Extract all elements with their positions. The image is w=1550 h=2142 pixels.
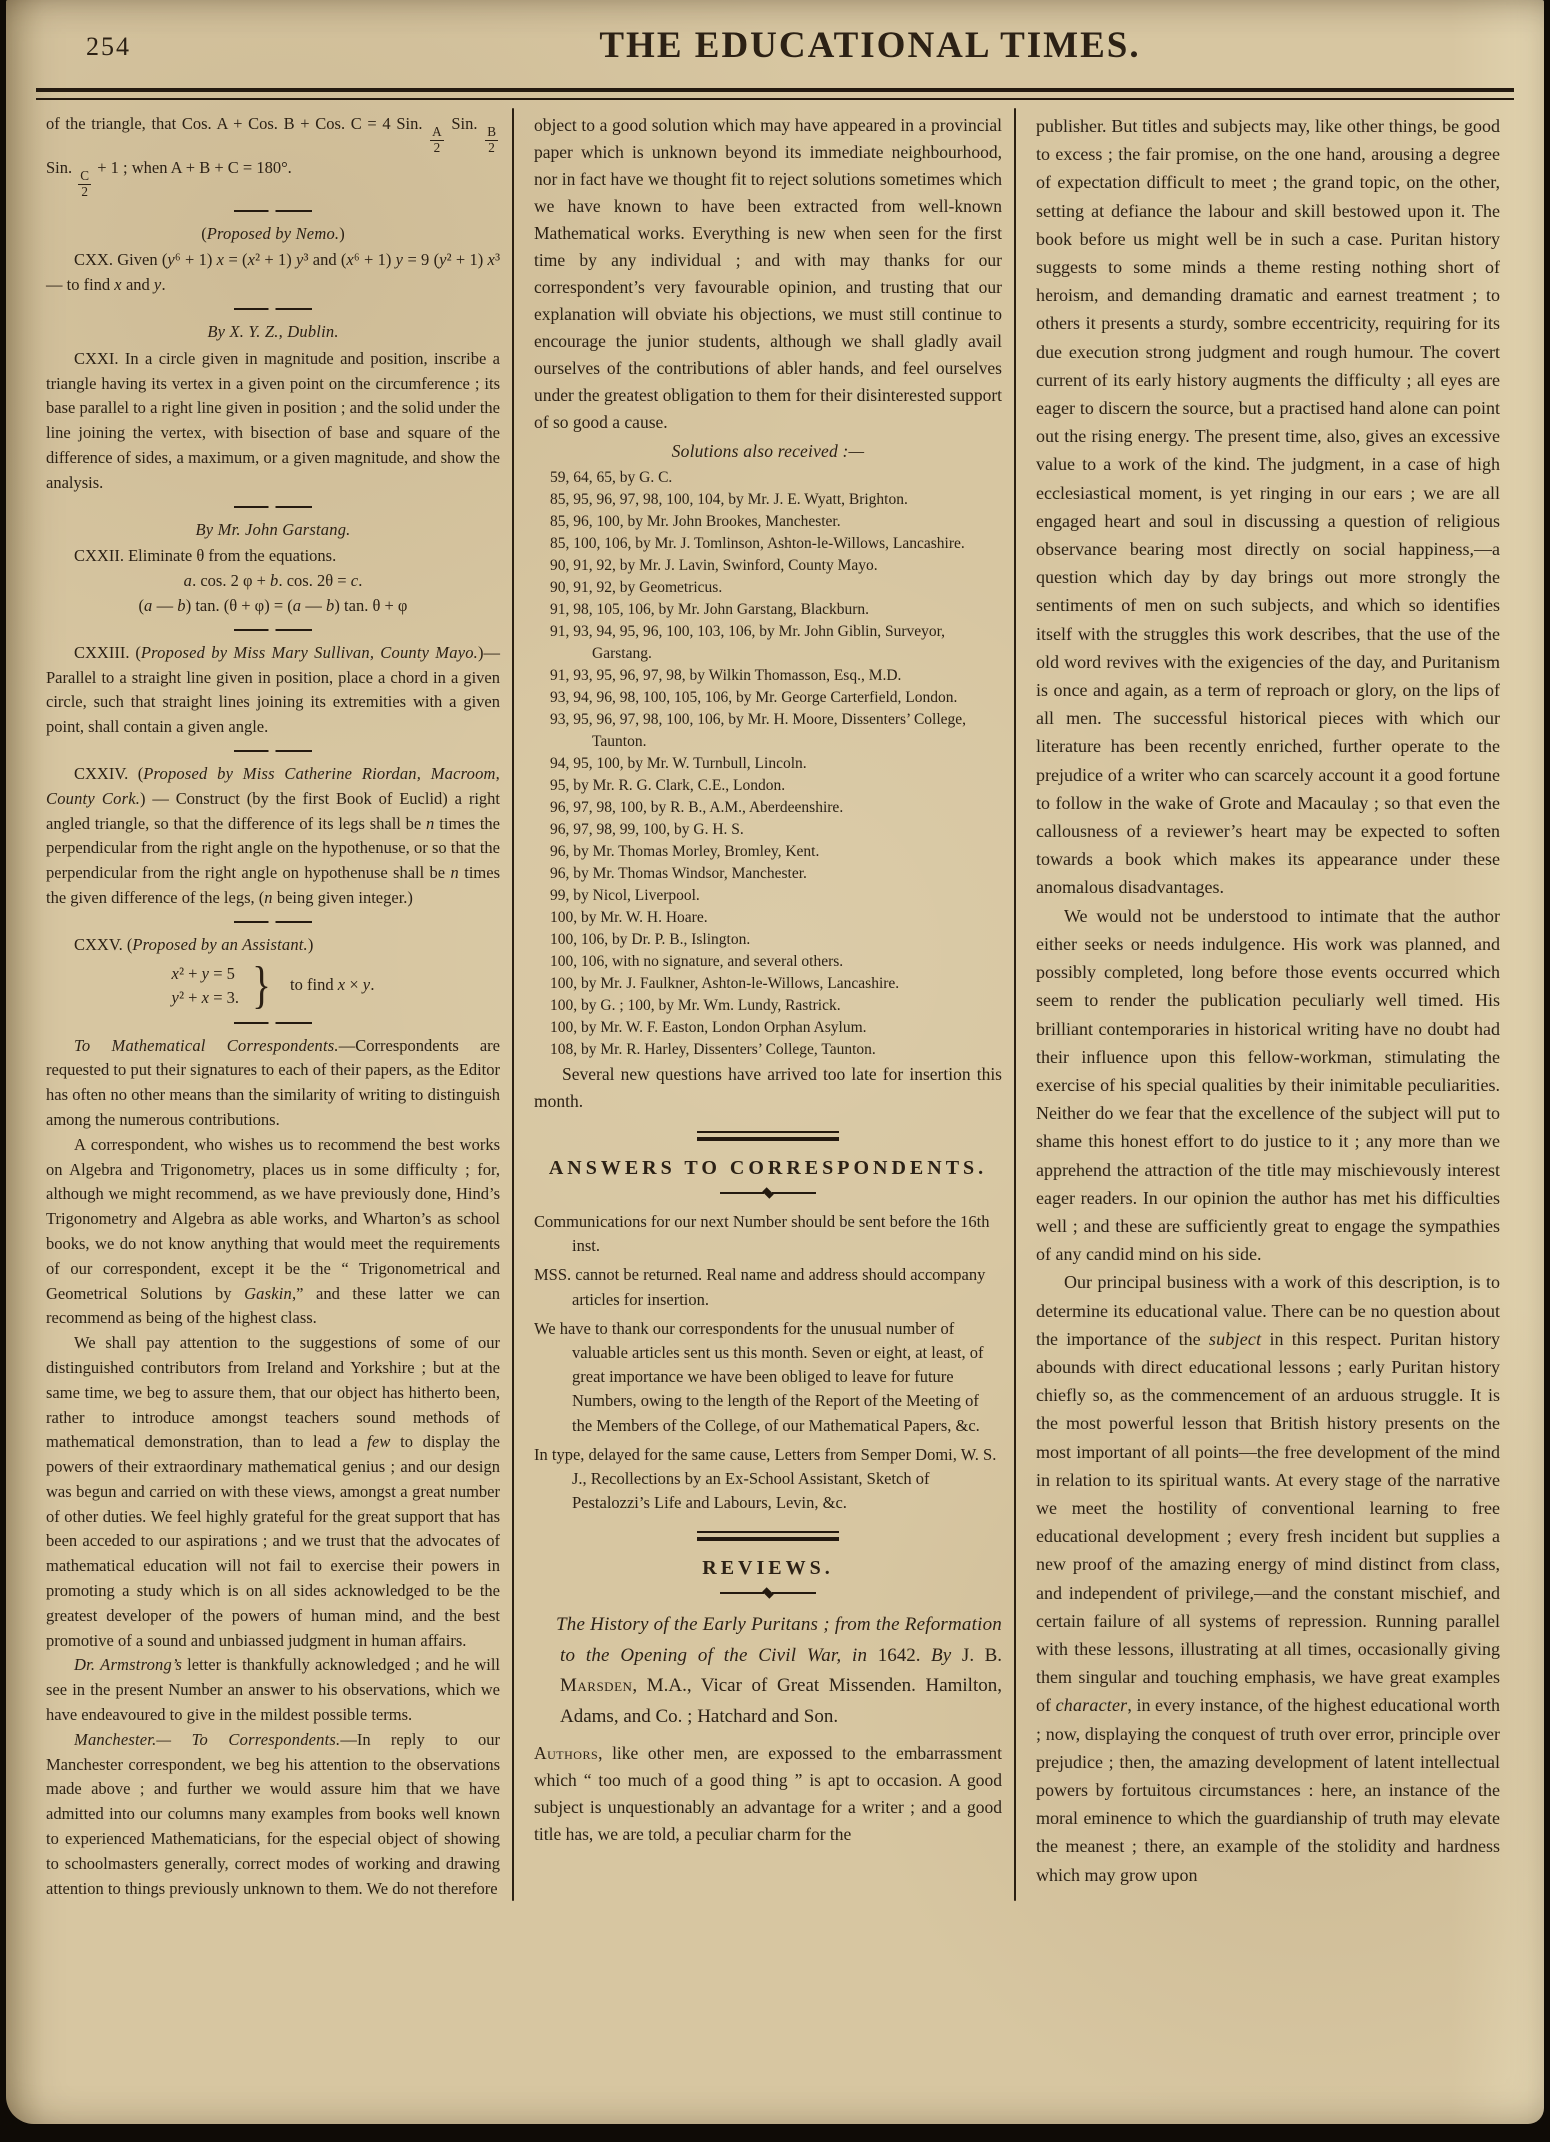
problem-heading: By Mr. John Garstang.: [46, 518, 500, 543]
diamond-icon: [762, 1187, 773, 1198]
paragraph: Authors, like other men, are expossed to…: [534, 1740, 1002, 1848]
column-2: object to a good solution which may have…: [514, 108, 1014, 1901]
solutions-list-item: 85, 100, 106, by Mr. J. Tomlinson, Ashto…: [534, 533, 1002, 555]
double-rule: [697, 1131, 839, 1141]
diamond-ornament: [720, 1188, 816, 1198]
short-rule: [234, 506, 312, 508]
solutions-list-item: 59, 64, 65, by G. C.: [534, 467, 1002, 489]
brace-glyph: }: [252, 960, 271, 1012]
solutions-list-item: 85, 96, 100, by Mr. John Brookes, Manche…: [534, 511, 1002, 533]
short-rule: [234, 629, 312, 631]
solutions-list-item: 94, 95, 100, by Mr. W. Turnbull, Lincoln…: [534, 753, 1002, 775]
paragraph: CXXIII. (Proposed by Miss Mary Sullivan,…: [46, 641, 500, 740]
ornament-line: [720, 1592, 764, 1594]
paragraph: CXXIV. (Proposed by Miss Catherine Riord…: [46, 762, 500, 911]
problem-heading: By X. Y. Z., Dublin.: [46, 320, 500, 345]
section-heading: ANSWERS TO CORRESPONDENTS.: [534, 1155, 1002, 1182]
diamond-ornament: [720, 1588, 816, 1598]
short-rule: [234, 750, 312, 752]
problem-heading: Solutions also received :—: [534, 438, 1002, 465]
solutions-list-item: 96, 97, 98, 99, 100, by G. H. S.: [534, 819, 1002, 841]
solutions-list-item: 99, by Nicol, Liverpool.: [534, 885, 1002, 907]
equation-tail: to find x × y.: [284, 973, 374, 998]
solutions-list-item: 100, by G. ; 100, by Mr. Wm. Lundy, Rast…: [534, 995, 1002, 1017]
solutions-list-item: 100, 106, by Dr. P. B., Islington.: [534, 929, 1002, 951]
paragraph: CXX. Given (y⁶ + 1) x = (x² + 1) y³ and …: [46, 248, 500, 298]
header-double-rule: [36, 88, 1514, 100]
solutions-list-item: 108, by Mr. R. Harley, Dissenters’ Colle…: [534, 1039, 1002, 1061]
paragraph: Our principal business with a work of th…: [1036, 1268, 1500, 1888]
brace-equation: x² + y = 5y² + x = 3.}to find x × y.: [46, 960, 500, 1012]
paragraph: A correspondent, who wishes us to recomm…: [46, 1133, 500, 1331]
correspondents-notice-item: MSS. cannot be returned. Real name and a…: [534, 1263, 1002, 1311]
paragraph: Several new questions have arrived too l…: [534, 1061, 1002, 1115]
short-rule: [234, 921, 312, 923]
section-heading: REVIEWS.: [534, 1555, 1002, 1582]
solutions-list-item: 90, 91, 92, by Mr. J. Lavin, Swinford, C…: [534, 555, 1002, 577]
page-number: 254: [86, 32, 131, 62]
solutions-list-item: 100, 106, with no signature, and several…: [534, 951, 1002, 973]
column-1: of the triangle, that Cos. A + Cos. B + …: [42, 108, 512, 1901]
solutions-list-item: 96, by Mr. Thomas Morley, Bromley, Kent.: [534, 841, 1002, 863]
correspondents-notice-item: Communications for our next Number shoul…: [534, 1210, 1002, 1258]
equation: a. cos. 2 φ + b. cos. 2θ = c.: [46, 569, 500, 594]
diamond-icon: [762, 1588, 773, 1599]
ornament-line: [772, 1592, 816, 1594]
equation: (a — b) tan. (θ + φ) = (a — b) tan. θ + …: [46, 594, 500, 619]
column-3: publisher. But titles and subjects may, …: [1016, 108, 1502, 1901]
equation-lines: x² + y = 5y² + x = 3.: [172, 962, 240, 1010]
solutions-list-item: 96, by Mr. Thomas Windsor, Manchester.: [534, 863, 1002, 885]
paragraph: publisher. But titles and subjects may, …: [1036, 112, 1500, 902]
double-rule: [697, 1531, 839, 1541]
solutions-list-item: 100, by Mr. W. F. Easton, London Orphan …: [534, 1017, 1002, 1039]
page-header: 254 THE EDUCATIONAL TIMES.: [6, 0, 1544, 88]
paragraph: Dr. Armstrong’s letter is thankfully ack…: [46, 1653, 500, 1727]
paragraph: of the triangle, that Cos. A + Cos. B + …: [46, 112, 500, 200]
solutions-list-item: 93, 95, 96, 97, 98, 100, 106, by Mr. H. …: [534, 709, 1002, 753]
fraction: B2: [485, 125, 498, 156]
masthead-title: THE EDUCATIONAL TIMES.: [599, 24, 1140, 67]
paragraph: We would not be understood to intimate t…: [1036, 902, 1500, 1269]
paragraph: object to a good solution which may have…: [534, 112, 1002, 436]
paragraph: We shall pay attention to the suggestion…: [46, 1331, 500, 1653]
solutions-list-item: 91, 93, 94, 95, 96, 100, 103, 106, by Mr…: [534, 621, 1002, 665]
short-rule: [234, 210, 312, 212]
scan-background: { "header": { "page_number": "254", "tit…: [0, 0, 1550, 2142]
short-rule: [234, 308, 312, 310]
correspondents-notice-item: We have to thank our correspondents for …: [534, 1317, 1002, 1438]
paragraph: To Mathematical Correspondents.—Correspo…: [46, 1034, 500, 1133]
solutions-list-item: 93, 94, 96, 98, 100, 105, 106, by Mr. Ge…: [534, 687, 1002, 709]
ornament-line: [772, 1192, 816, 1194]
problem-heading: (Proposed by Nemo.): [46, 222, 500, 247]
columns-container: of the triangle, that Cos. A + Cos. B + …: [42, 108, 1514, 1901]
correspondents-notice-item: In type, delayed for the same cause, Let…: [534, 1443, 1002, 1516]
fraction: A2: [430, 125, 444, 156]
solutions-list-item: 90, 91, 92, by Geometricus.: [534, 577, 1002, 599]
solutions-list-item: 100, by Mr. J. Faulkner, Ashton-le-Willo…: [534, 973, 1002, 995]
paragraph: Manchester.— To Correspondents.—In reply…: [46, 1728, 500, 1902]
review-book-title: The History of the Early Puritans ; from…: [534, 1610, 1002, 1732]
fraction: C2: [78, 169, 91, 200]
solutions-list-item: 91, 93, 95, 96, 97, 98, by Wilkin Thomas…: [534, 665, 1002, 687]
solutions-list-item: 95, by Mr. R. G. Clark, C.E., London.: [534, 775, 1002, 797]
solutions-list-item: 96, 97, 98, 100, by R. B., A.M., Aberdee…: [534, 797, 1002, 819]
ornament-line: [720, 1192, 764, 1194]
solutions-list-item: 100, by Mr. W. H. Hoare.: [534, 907, 1002, 929]
newspaper-page: 254 THE EDUCATIONAL TIMES. of the triang…: [6, 0, 1544, 2124]
paragraph: CXXV. (Proposed by an Assistant.): [46, 933, 500, 958]
solutions-list-item: 85, 95, 96, 97, 98, 100, 104, by Mr. J. …: [534, 489, 1002, 511]
solutions-list-item: 91, 98, 105, 106, by Mr. John Garstang, …: [534, 599, 1002, 621]
paragraph: CXXII. Eliminate θ from the equations.: [46, 544, 500, 569]
short-rule: [234, 1022, 312, 1024]
paragraph: CXXI. In a circle given in magnitude and…: [46, 347, 500, 496]
